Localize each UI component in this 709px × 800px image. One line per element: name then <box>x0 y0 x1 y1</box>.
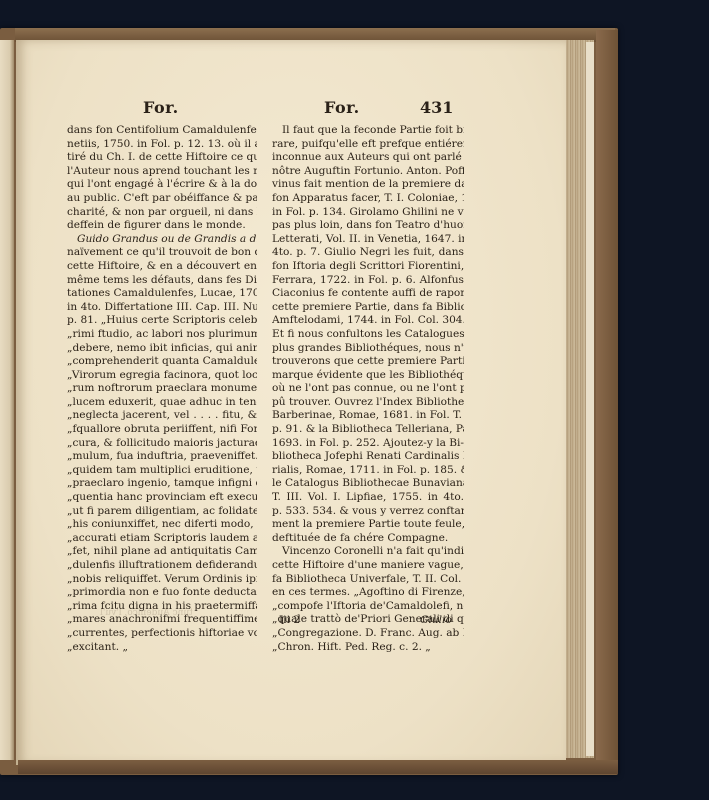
text-line: „compofe l'Iftoria de'Camaldolefi, nella <box>272 600 464 614</box>
text-line: rialis, Romae, 1711. in Fol. p. 185. & <box>272 464 464 478</box>
text-line: en ces termes. „Agoftino di Firenze, <box>272 586 464 600</box>
text-line: charité, & non par orgueil, ni dans le <box>67 206 257 220</box>
text-line: in Fol. p. 134. Girolamo Ghilini ne va <box>272 206 464 220</box>
text-line: Ferrara, 1722. in Fol. p. 6. Alfonfus <box>272 274 464 288</box>
text-line: p. 91. & la Bibliotheca Telleriana, Pari… <box>272 423 464 437</box>
text-line: „primordia non e fuo fonte deducta, plu- <box>67 586 257 600</box>
text-line: 1693. in Fol. p. 252. Ajoutez-y la Bi- <box>272 437 464 451</box>
text-line: „quidem tam multiplici eruditione, tam <box>67 464 257 478</box>
page-number: 431 <box>420 98 453 117</box>
text-line: in 4to. Differtatione III. Cap. III. Num… <box>67 301 257 315</box>
text-line: „fet, nihil plane ad antiquitatis Camal- <box>67 545 257 559</box>
text-line: fa Bibliotheca Univerfale, T. II. Col. 2… <box>272 573 464 587</box>
text-line: „his coniunxiffet, nec diferti modo, fed <box>67 518 257 532</box>
text-line: cette Hiftoire, & en a découvert en <box>67 260 257 274</box>
text-line: tationes Camaldulenfes, Lucae, 1707. <box>67 287 257 301</box>
text-line: plus grandes Bibliothéques, nous n'y <box>272 342 464 356</box>
text-line: 4to. p. 7. Giulio Negri les fuit, dans <box>272 246 464 260</box>
text-line: „neglecta jacerent, vel . . . . fitu, & <box>67 409 257 423</box>
text-line: p. 533. 534. & vous y verrez conftam- <box>272 505 464 519</box>
text-line: bliotheca Jofephi Renati Cardinalis Impe… <box>272 450 464 464</box>
text-line: pas plus loin, dans fon Teatro d'huomini <box>272 219 464 233</box>
text-line: „Virorum egregia facinora, quot loco- <box>67 369 257 383</box>
text-line: „quentia hanc provinciam eft executus, <box>67 491 257 505</box>
text-line: rare, puifqu'elle eft prefque entiéremen… <box>272 138 464 152</box>
text-line: tiré du Ch. I. de cette Hiftoire ce que <box>67 151 257 165</box>
catchword: Giulio <box>420 614 452 626</box>
text-line: Barberinae, Romae, 1681. in Fol. T. I. <box>272 409 464 423</box>
text-line: pû trouver. Ouvrez l'Index Bibliothecae <box>272 396 464 410</box>
text-line: „comprehenderit quanta Camaldulenfium <box>67 355 257 369</box>
previous-page-edge <box>0 40 14 760</box>
text-line: „debere, nemo ibit inficias, qui animo <box>67 342 257 356</box>
text-line: „lucem eduxerit, quae adhuc in tenebris <box>67 396 257 410</box>
text-line: „currentes, perfectionis hiftoriae votum <box>67 627 257 641</box>
text-line: „dulenfis illuftrationem defiderandum <box>67 559 257 573</box>
text-line: même tems les défauts, dans fes Differ- <box>67 274 257 288</box>
text-line: „Congregazione. D. Franc. Aug. ab Eccl. <box>272 627 464 641</box>
text-line: dans fon Centifolium Camaldulenfe, Ve- <box>67 124 257 138</box>
text-line: „fquallore obruta periiffent, nifi Fortu… <box>67 423 257 437</box>
text-line: „ut fi parem diligentiam, ac folidatem <box>67 505 257 519</box>
text-line: „praeclaro ingenio, tamque infigni elo- <box>67 477 257 491</box>
text-line: au public. C'eft par obéiffance & par <box>67 192 257 206</box>
text-line: deftituée de fa chére Compagne. <box>272 532 464 546</box>
text-line: cette Hiftoire d'une maniere vague, dans <box>272 559 464 573</box>
text-line: deffein de figurer dans le monde. <box>67 219 257 233</box>
book-cover-right-edge <box>596 30 618 774</box>
text-line: „accurati etiam Scriptoris laudem affect… <box>67 532 257 546</box>
right-running-head: For. <box>324 98 360 117</box>
text-line: marque évidente que les Bibliothéquaires <box>272 369 464 383</box>
text-line: „excitant. „ <box>67 641 257 655</box>
text-line: nôtre Auguftin Fortunio. Anton. Poffe- <box>272 165 464 179</box>
book-cover-bottom-edge <box>18 760 618 774</box>
text-line: où ne l'ont pas connue, ou ne l'ont pas <box>272 382 464 396</box>
text-line: „nobis reliquiffet. Verum Ordinis ipfius <box>67 573 257 587</box>
text-line: „Chron. Hift. Ped. Reg. c. 2. „ <box>272 641 464 655</box>
text-line: ment la premiere Partie toute feule, & <box>272 518 464 532</box>
right-text-column: Il faut que la feconde Partie foit bien … <box>272 124 464 654</box>
bleed-through-text: tunc Audemco, l'vu'l <box>100 608 193 618</box>
text-line: fon Apparatus facer, T. I. Coloniae, 160… <box>272 192 464 206</box>
paragraph-start-line: Il faut que la feconde Partie foit bien <box>272 124 464 138</box>
text-line: Letterati, Vol. II. in Venetia, 1647. in <box>272 233 464 247</box>
text-line: „cura, & follicitudo maioris jacturae cu… <box>67 437 257 451</box>
paragraph-start-line: Guido Grandus ou de Grandis a dit <box>67 233 257 247</box>
text-line: Ciaconius fe contente auffi de raporter <box>272 287 464 301</box>
text-line: le Catalogus Bibliothecae Bunavianae, <box>272 477 464 491</box>
text-line: „rum noftrorum praeclara monumenta in <box>67 382 257 396</box>
signature-mark: Iii 2 <box>279 614 300 626</box>
text-line: trouverons que cette premiere Partie: <box>272 355 464 369</box>
left-text-column: dans fon Centifolium Camaldulenfe, Ve- n… <box>67 124 257 654</box>
text-line: inconnue aux Auteurs qui ont parlé de <box>272 151 464 165</box>
text-line: vinus fait mention de la premiere dans <box>272 178 464 192</box>
text-line: cette premiere Partie, dans fa Bibliothe… <box>272 301 464 315</box>
text-line: netiis, 1750. in Fol. p. 12. 13. où il a <box>67 138 257 152</box>
text-line: T. III. Vol. I. Lipfiae, 1755. in 4to. <box>272 491 464 505</box>
page-stack-highlight <box>586 42 594 756</box>
paragraph-start-line: Vincenzo Coronelli n'a fait qu'indiquer <box>272 545 464 559</box>
text-line: „mulum, fua induftria, praeveniffet. Et <box>67 450 257 464</box>
left-running-head: For. <box>143 98 179 117</box>
text-line: „rimi ftudio, ac labori nos plurimum <box>67 328 257 342</box>
text-line: l'Auteur nous aprend touchant les raifon… <box>67 165 257 179</box>
text-line: p. 81. „Huius certe Scriptoris celeber- <box>67 314 257 328</box>
text-line: fon Iftoria degli Scrittori Fiorentini, … <box>272 260 464 274</box>
text-line: naïvement ce qu'il trouvoit de bon dans <box>67 246 257 260</box>
text-line: qui l'ont engagé à l'écrire & à la donne… <box>67 178 257 192</box>
text-line: Amftelodami, 1744. in Fol. Col. 304. <box>272 314 464 328</box>
text-line: Et fi nous confultons les Catalogues des <box>272 328 464 342</box>
